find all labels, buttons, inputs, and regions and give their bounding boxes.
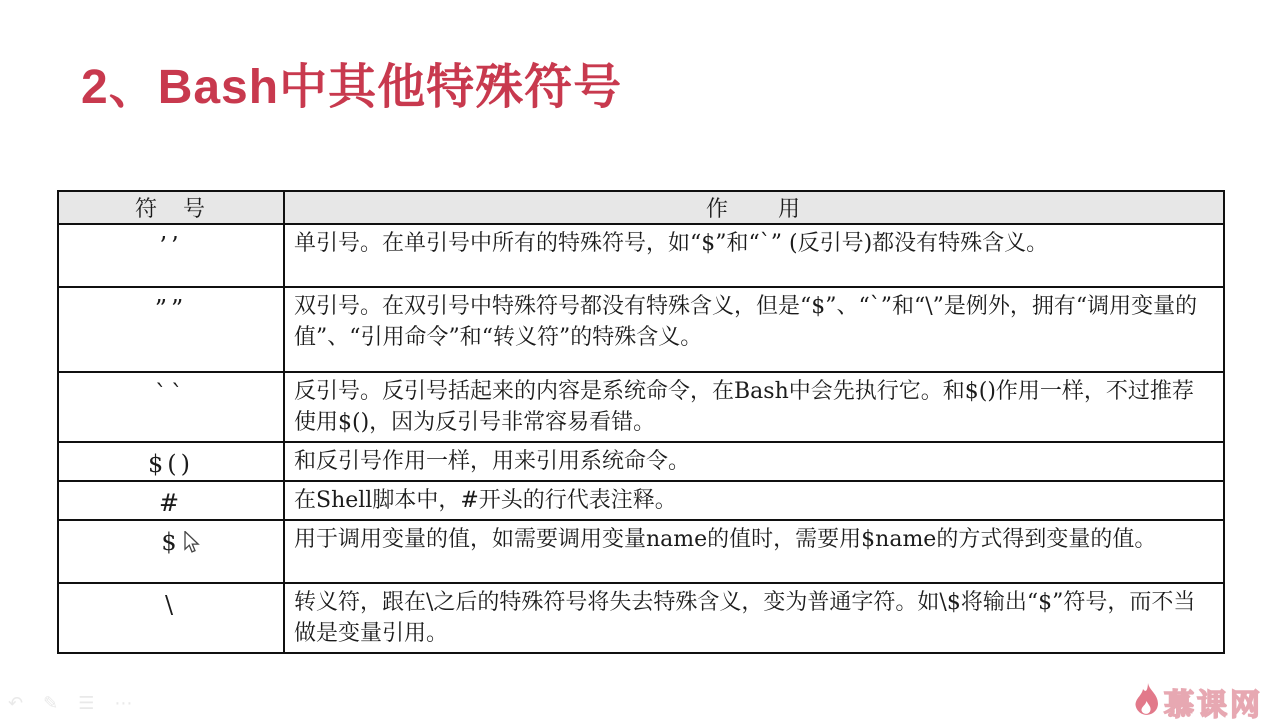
description-cell: 双引号。在双引号中特殊符号都没有特殊含义，但是“$”、“`”和“\”是例外，拥有… bbox=[284, 287, 1224, 372]
table-header-row: 符 号 作 用 bbox=[58, 191, 1224, 224]
table-row: $() 和反引号作用一样，用来引用系统命令。 bbox=[58, 442, 1224, 481]
symbol-cell: # bbox=[58, 481, 284, 520]
pen-icon[interactable]: ✎ bbox=[43, 693, 58, 715]
presenter-toolbar: ↶ ✎ ☰ ⋯ bbox=[8, 693, 132, 715]
symbol-cell: ’’ bbox=[58, 224, 284, 287]
more-icon[interactable]: ⋯ bbox=[114, 693, 132, 715]
flame-icon bbox=[1134, 683, 1160, 721]
description-cell: 在Shell脚本中，#开头的行代表注释。 bbox=[284, 481, 1224, 520]
description-cell: 转义符，跟在\之后的特殊符号将失去特殊含义，变为普通字符。如\$将输出“$”符号… bbox=[284, 583, 1224, 653]
imooc-watermark: 慕课网 bbox=[1134, 680, 1263, 722]
column-header-usage: 作 用 bbox=[284, 191, 1224, 224]
symbol-cell: $ bbox=[58, 520, 284, 583]
column-header-symbol: 符 号 bbox=[58, 191, 284, 224]
table-row: ”” 双引号。在双引号中特殊符号都没有特殊含义，但是“$”、“`”和“\”是例外… bbox=[58, 287, 1224, 372]
presentation-slide: 2、Bash中其他特殊符号 符 号 作 用 ’’ 单引号。在单引号中所有的特殊符… bbox=[0, 0, 1280, 722]
table-row: # 在Shell脚本中，#开头的行代表注释。 bbox=[58, 481, 1224, 520]
description-cell: 和反引号作用一样，用来引用系统命令。 bbox=[284, 442, 1224, 481]
symbol-cell: \ bbox=[58, 583, 284, 653]
table-row: $ 用于调用变量的值，如需要调用变量name的值时，需要用$name的方式得到变… bbox=[58, 520, 1224, 583]
menu-icon[interactable]: ☰ bbox=[78, 693, 94, 715]
symbol-cell: ”” bbox=[58, 287, 284, 372]
slide-title: 2、Bash中其他特殊符号 bbox=[81, 48, 622, 117]
symbol-cell: $() bbox=[58, 442, 284, 481]
description-cell: 单引号。在单引号中所有的特殊符号，如“$”和“`” (反引号)都没有特殊含义。 bbox=[284, 224, 1224, 287]
back-arrow-icon[interactable]: ↶ bbox=[8, 693, 23, 715]
table-row: `` 反引号。反引号括起来的内容是系统命令，在Bash中会先执行它。和$()作用… bbox=[58, 372, 1224, 442]
brand-name: 慕课网 bbox=[1164, 680, 1263, 722]
special-symbols-table: 符 号 作 用 ’’ 单引号。在单引号中所有的特殊符号，如“$”和“`” (反引… bbox=[57, 190, 1225, 654]
table-row: \ 转义符，跟在\之后的特殊符号将失去特殊含义，变为普通字符。如\$将输出“$”… bbox=[58, 583, 1224, 653]
table-row: ’’ 单引号。在单引号中所有的特殊符号，如“$”和“`” (反引号)都没有特殊含… bbox=[58, 224, 1224, 287]
symbol-cell: `` bbox=[58, 372, 284, 442]
description-cell: 反引号。反引号括起来的内容是系统命令，在Bash中会先执行它。和$()作用一样，… bbox=[284, 372, 1224, 442]
description-cell: 用于调用变量的值，如需要调用变量name的值时，需要用$name的方式得到变量的… bbox=[284, 520, 1224, 583]
